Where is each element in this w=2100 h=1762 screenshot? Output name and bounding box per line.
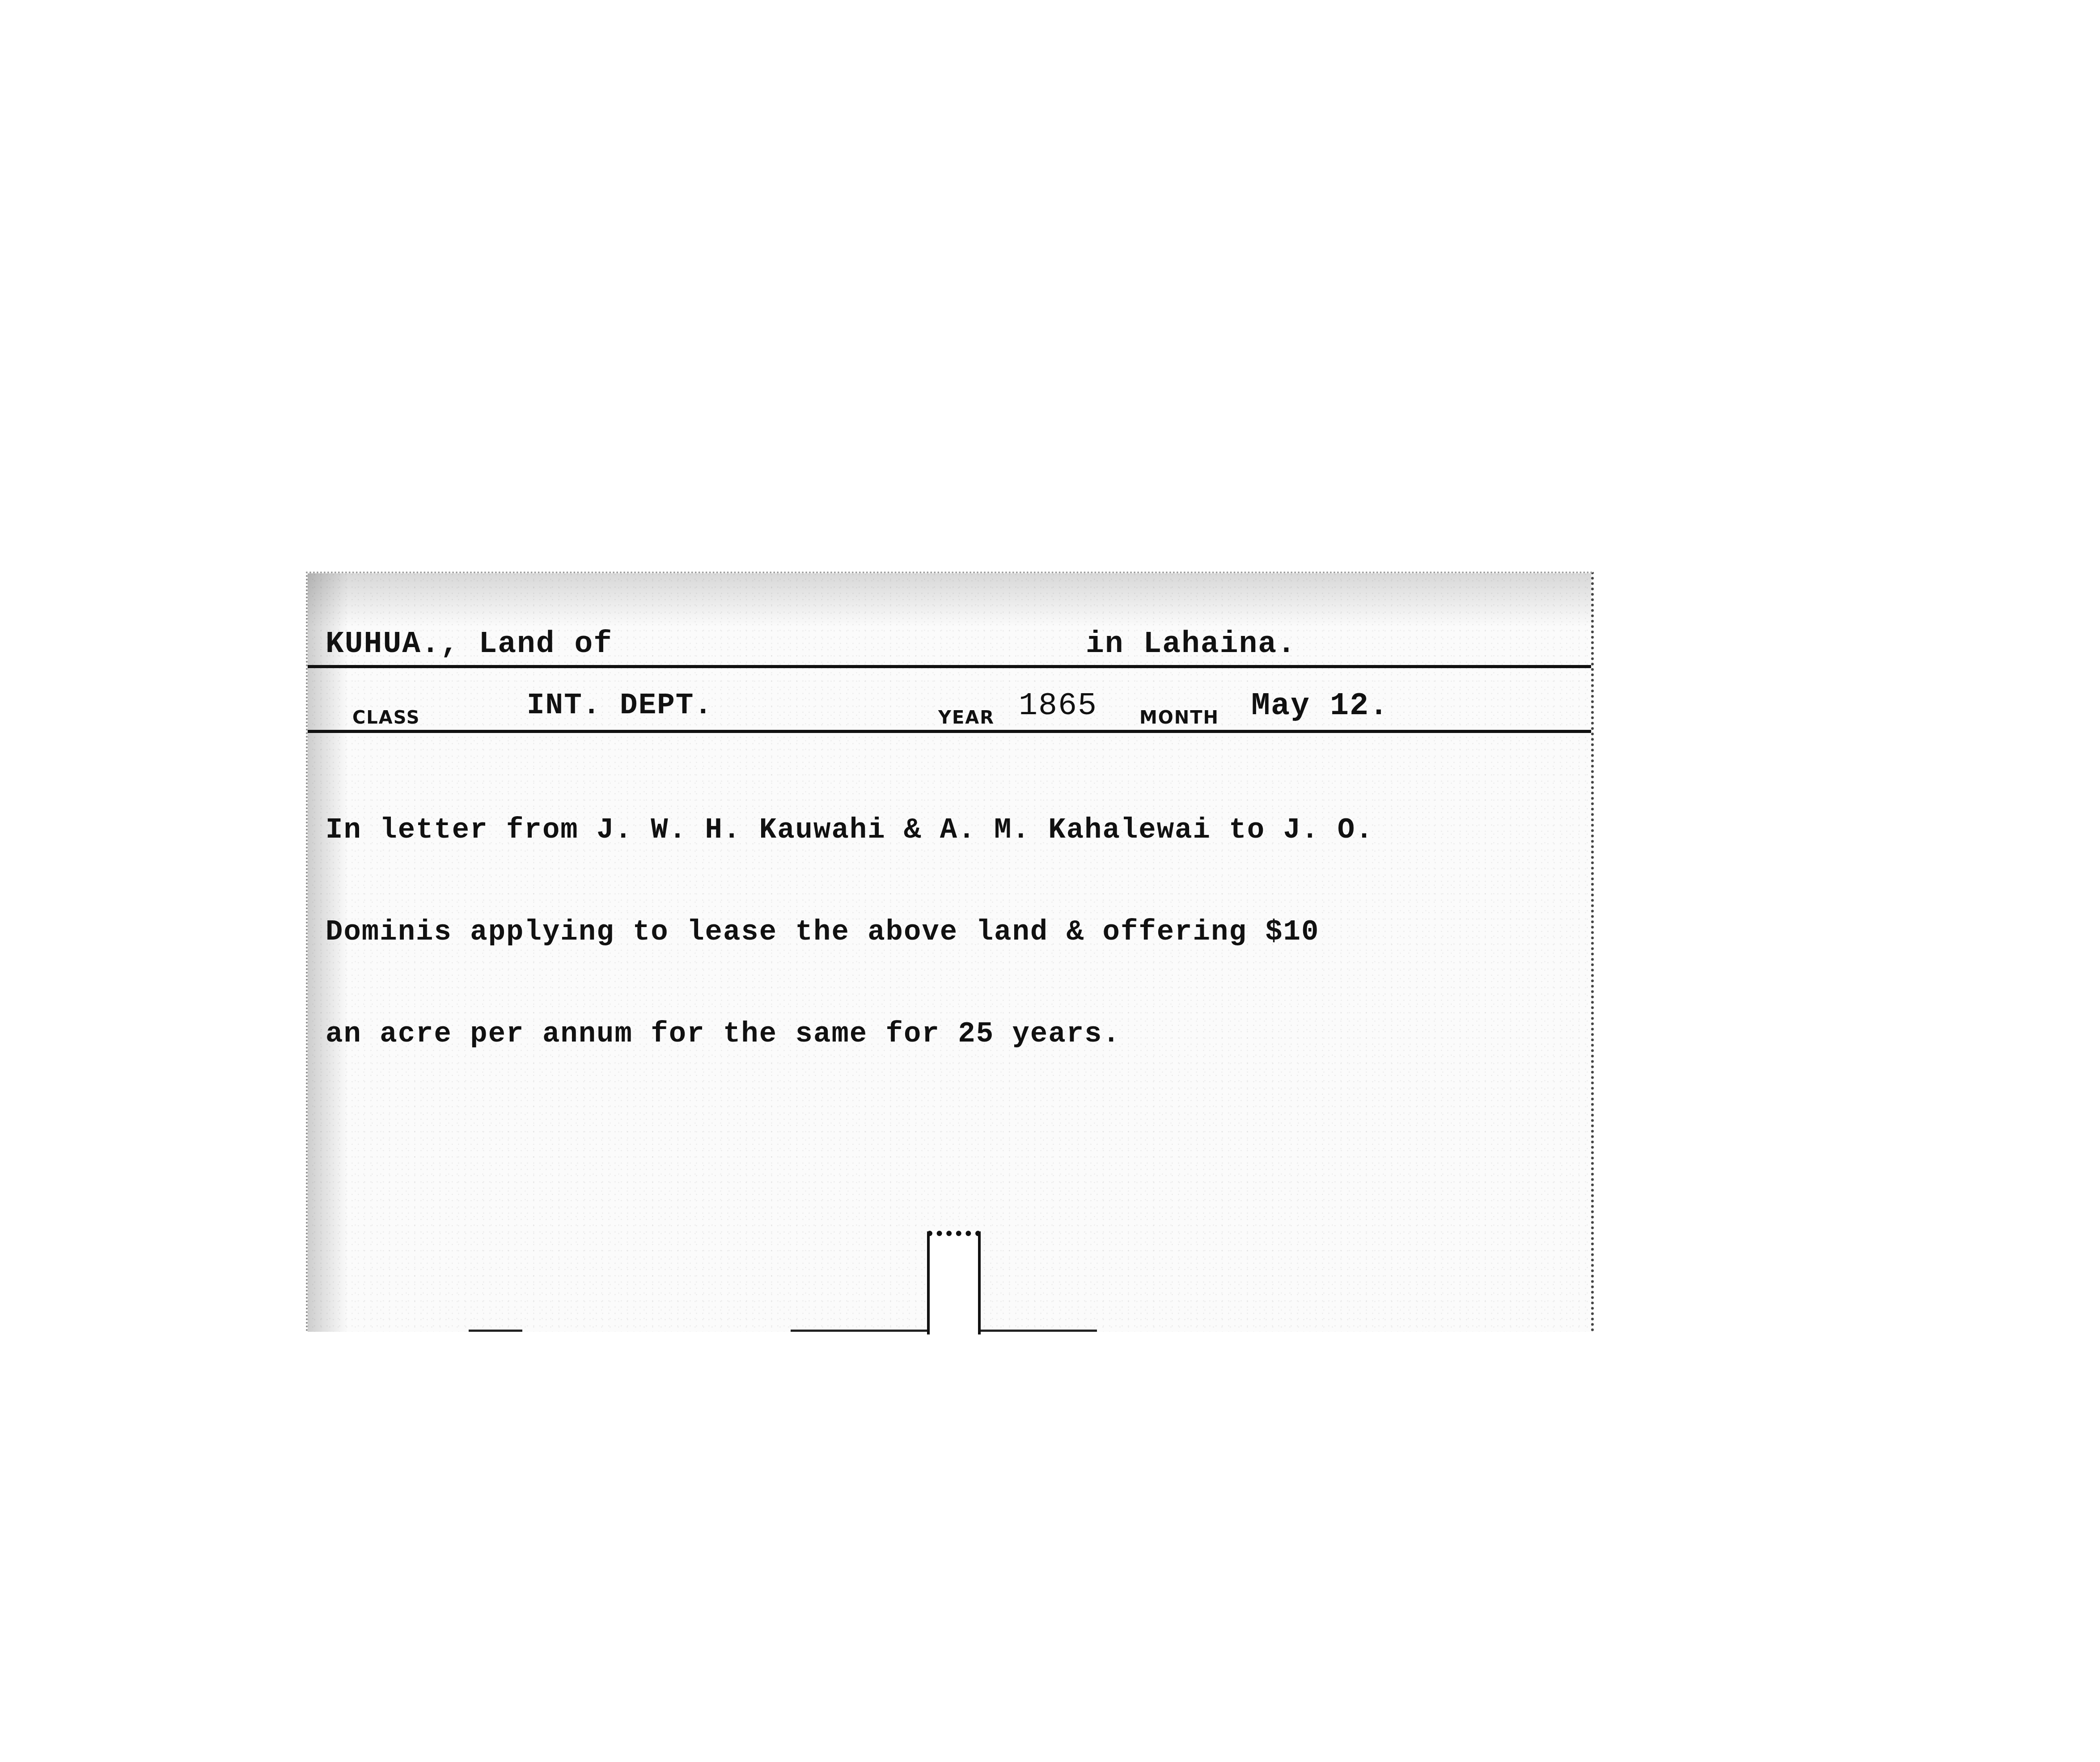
bottom-edge-mark: [469, 1330, 522, 1332]
index-card: KUHUA., Land of in Lahaina. CLASS INT. D…: [306, 572, 1594, 1332]
card-location: in Lahaina.: [1086, 627, 1296, 661]
field-rule: [308, 730, 1591, 733]
card-shading-top: [308, 573, 1591, 627]
class-label: CLASS: [352, 707, 420, 728]
month-label: MONTH: [1139, 707, 1219, 728]
month-value: May 12.: [1251, 689, 1389, 724]
card-title: KUHUA., Land of: [326, 627, 613, 661]
body-line: In letter from J. W. H. Kauwahi & A. M. …: [326, 813, 1374, 847]
body-line: an acre per annum for the same for 25 ye…: [326, 1017, 1374, 1051]
bottom-edge-mark: [791, 1330, 927, 1332]
year-label: YEAR: [938, 707, 995, 728]
class-value: INT. DEPT.: [527, 689, 713, 722]
card-body: In letter from J. W. H. Kauwahi & A. M. …: [326, 745, 1374, 1119]
card-file-notch: [927, 1231, 981, 1334]
body-line: Dominis applying to lease the above land…: [326, 915, 1374, 949]
header-rule: [308, 665, 1591, 668]
bottom-edge-mark: [981, 1330, 1097, 1332]
year-value: 1865: [1019, 689, 1097, 724]
